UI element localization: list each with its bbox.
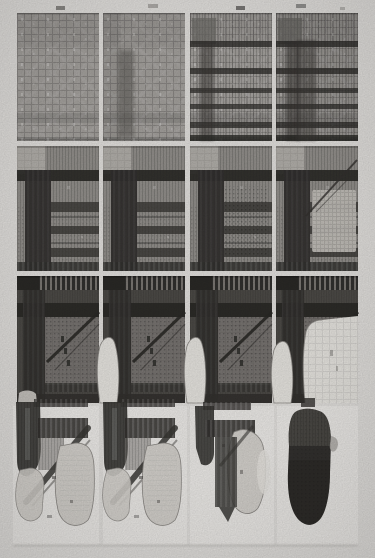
grain-overlay bbox=[0, 0, 375, 558]
artwork-photo bbox=[0, 0, 375, 558]
artwork-canvas bbox=[0, 0, 375, 558]
